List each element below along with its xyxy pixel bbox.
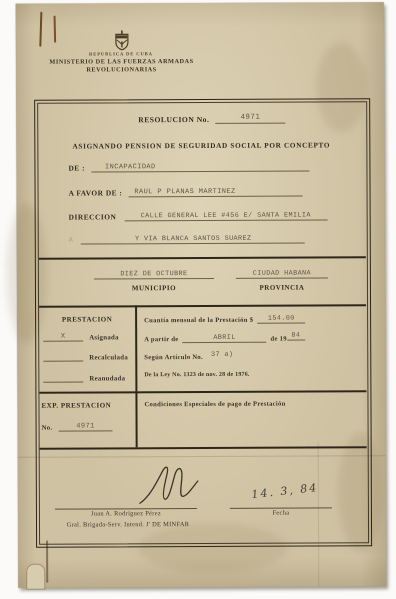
field-direccion-line2: A Y VIA BLANCA SANTOS SUAREZ (69, 236, 306, 245)
prestacion-mark-asignada: X (43, 334, 83, 343)
resolution-label: RESOLUCION No. (138, 115, 209, 124)
prestacion-row-reanudada: Reanudada (43, 375, 125, 382)
provincia-label: PROVINCIA (236, 283, 328, 291)
header-ministry-line2: REVOLUCIONARIAS (34, 66, 209, 74)
de-label: DE : (68, 164, 85, 173)
articulo-line: Según Artículo No. 37 a) (144, 353, 233, 361)
prestacion-mark-reanudada (43, 382, 83, 383)
exp-no-line: No. 4971 (42, 423, 113, 432)
field-de: DE : INCAPACIDAD (68, 163, 309, 173)
prestacion-label-asignada: Asignada (89, 335, 119, 342)
header-country: REPUBLICA DE CUBA (61, 51, 181, 57)
partir-de-label: de 19 (271, 336, 287, 343)
articulo-value: 37 a) (211, 351, 233, 359)
de-value: INCAPACIDAD (91, 163, 309, 172)
cuantia-label: Cuantía mensual de la Prestación $ (144, 317, 253, 324)
signature-scribble (136, 463, 208, 509)
articulo-label: Según Artículo No. (144, 354, 203, 361)
favor-label: A FAVOR DE : (69, 188, 123, 197)
document-paper: REPUBLICA DE CUBA MINISTERIO DE LAS FUER… (16, 2, 387, 588)
direccion-value: CALLE GENERAL LEE #456 E/ SANTA EMILIA (124, 212, 327, 221)
exp-title: EXP. PRESTACION (41, 401, 111, 409)
direccion-value2: Y VIA BLANCA SANTOS SUAREZ (81, 236, 305, 245)
ley-line: De la Ley No. 1323 de nov. 28 de 1976. (144, 372, 249, 378)
direccion-label: DIRECCION (69, 212, 117, 221)
signer-role: Gral. Brigada-Serv. Intend. J' DE MINFAR (38, 521, 218, 529)
tape-tab (26, 564, 45, 590)
partir-month: ABRIL (183, 335, 267, 343)
resolution-number: 4971 (215, 115, 285, 124)
prestacion-mark-recalculada (43, 361, 83, 362)
prestacion-title: PRESTACION (47, 315, 127, 323)
exp-no-value: 4971 (58, 423, 112, 432)
provincia-value: CIUDAD HABANA (236, 270, 328, 279)
favor-value: RAUL P PLANAS MARTINEZ (128, 188, 302, 197)
prestacion-row-recalculada: Recalculada (43, 354, 128, 361)
partir-year: 84 (287, 333, 305, 341)
prestacion-label-reanudada: Reanudada (89, 375, 125, 382)
cuba-coat-of-arms-icon (114, 30, 130, 50)
scan-background: { "doc": { "header": { "emblem_icon": "c… (0, 0, 396, 599)
header-ministry-line1: MINISTERIO DE LAS FUERZAS ARMADAS (34, 58, 209, 66)
partir-label: A partir de (144, 336, 178, 343)
field-favor: A FAVOR DE : RAUL P PLANAS MARTINEZ (69, 188, 303, 198)
staple-mark (54, 16, 57, 43)
prestacion-row-asignada: X Asignada (43, 333, 119, 342)
divider-exp-vertical (135, 391, 137, 447)
direccion-line2-prefix: A (69, 237, 74, 245)
staple-mark (39, 12, 42, 47)
cuantia-line: Cuantía mensual de la Prestación $ 154.0… (144, 316, 305, 325)
prestacion-label-recalculada: Recalculada (89, 354, 128, 361)
municipio-label: MUNICIPIO (94, 284, 214, 293)
cuantia-value: 154.00 (257, 316, 305, 324)
municipio-value: DIEZ DE OCTUBRE (94, 271, 214, 280)
date-label: Fecha (230, 509, 332, 516)
partir-line: A partir de ABRIL de 19 84 (144, 335, 305, 344)
condiciones-label: Condiciones Especiales de pago de Presta… (144, 401, 285, 409)
signer-name: Juan A. Rodríguez Pérez (55, 510, 197, 518)
exp-no-label: No. (42, 425, 53, 432)
resolution-line: RESOLUCION No. 4971 (138, 115, 285, 125)
subject-line: ASIGNANDO PENSION DE SEGURIDAD SOCIAL PO… (34, 141, 368, 150)
field-direccion: DIRECCION CALLE GENERAL LEE #456 E/ SANT… (69, 211, 328, 221)
